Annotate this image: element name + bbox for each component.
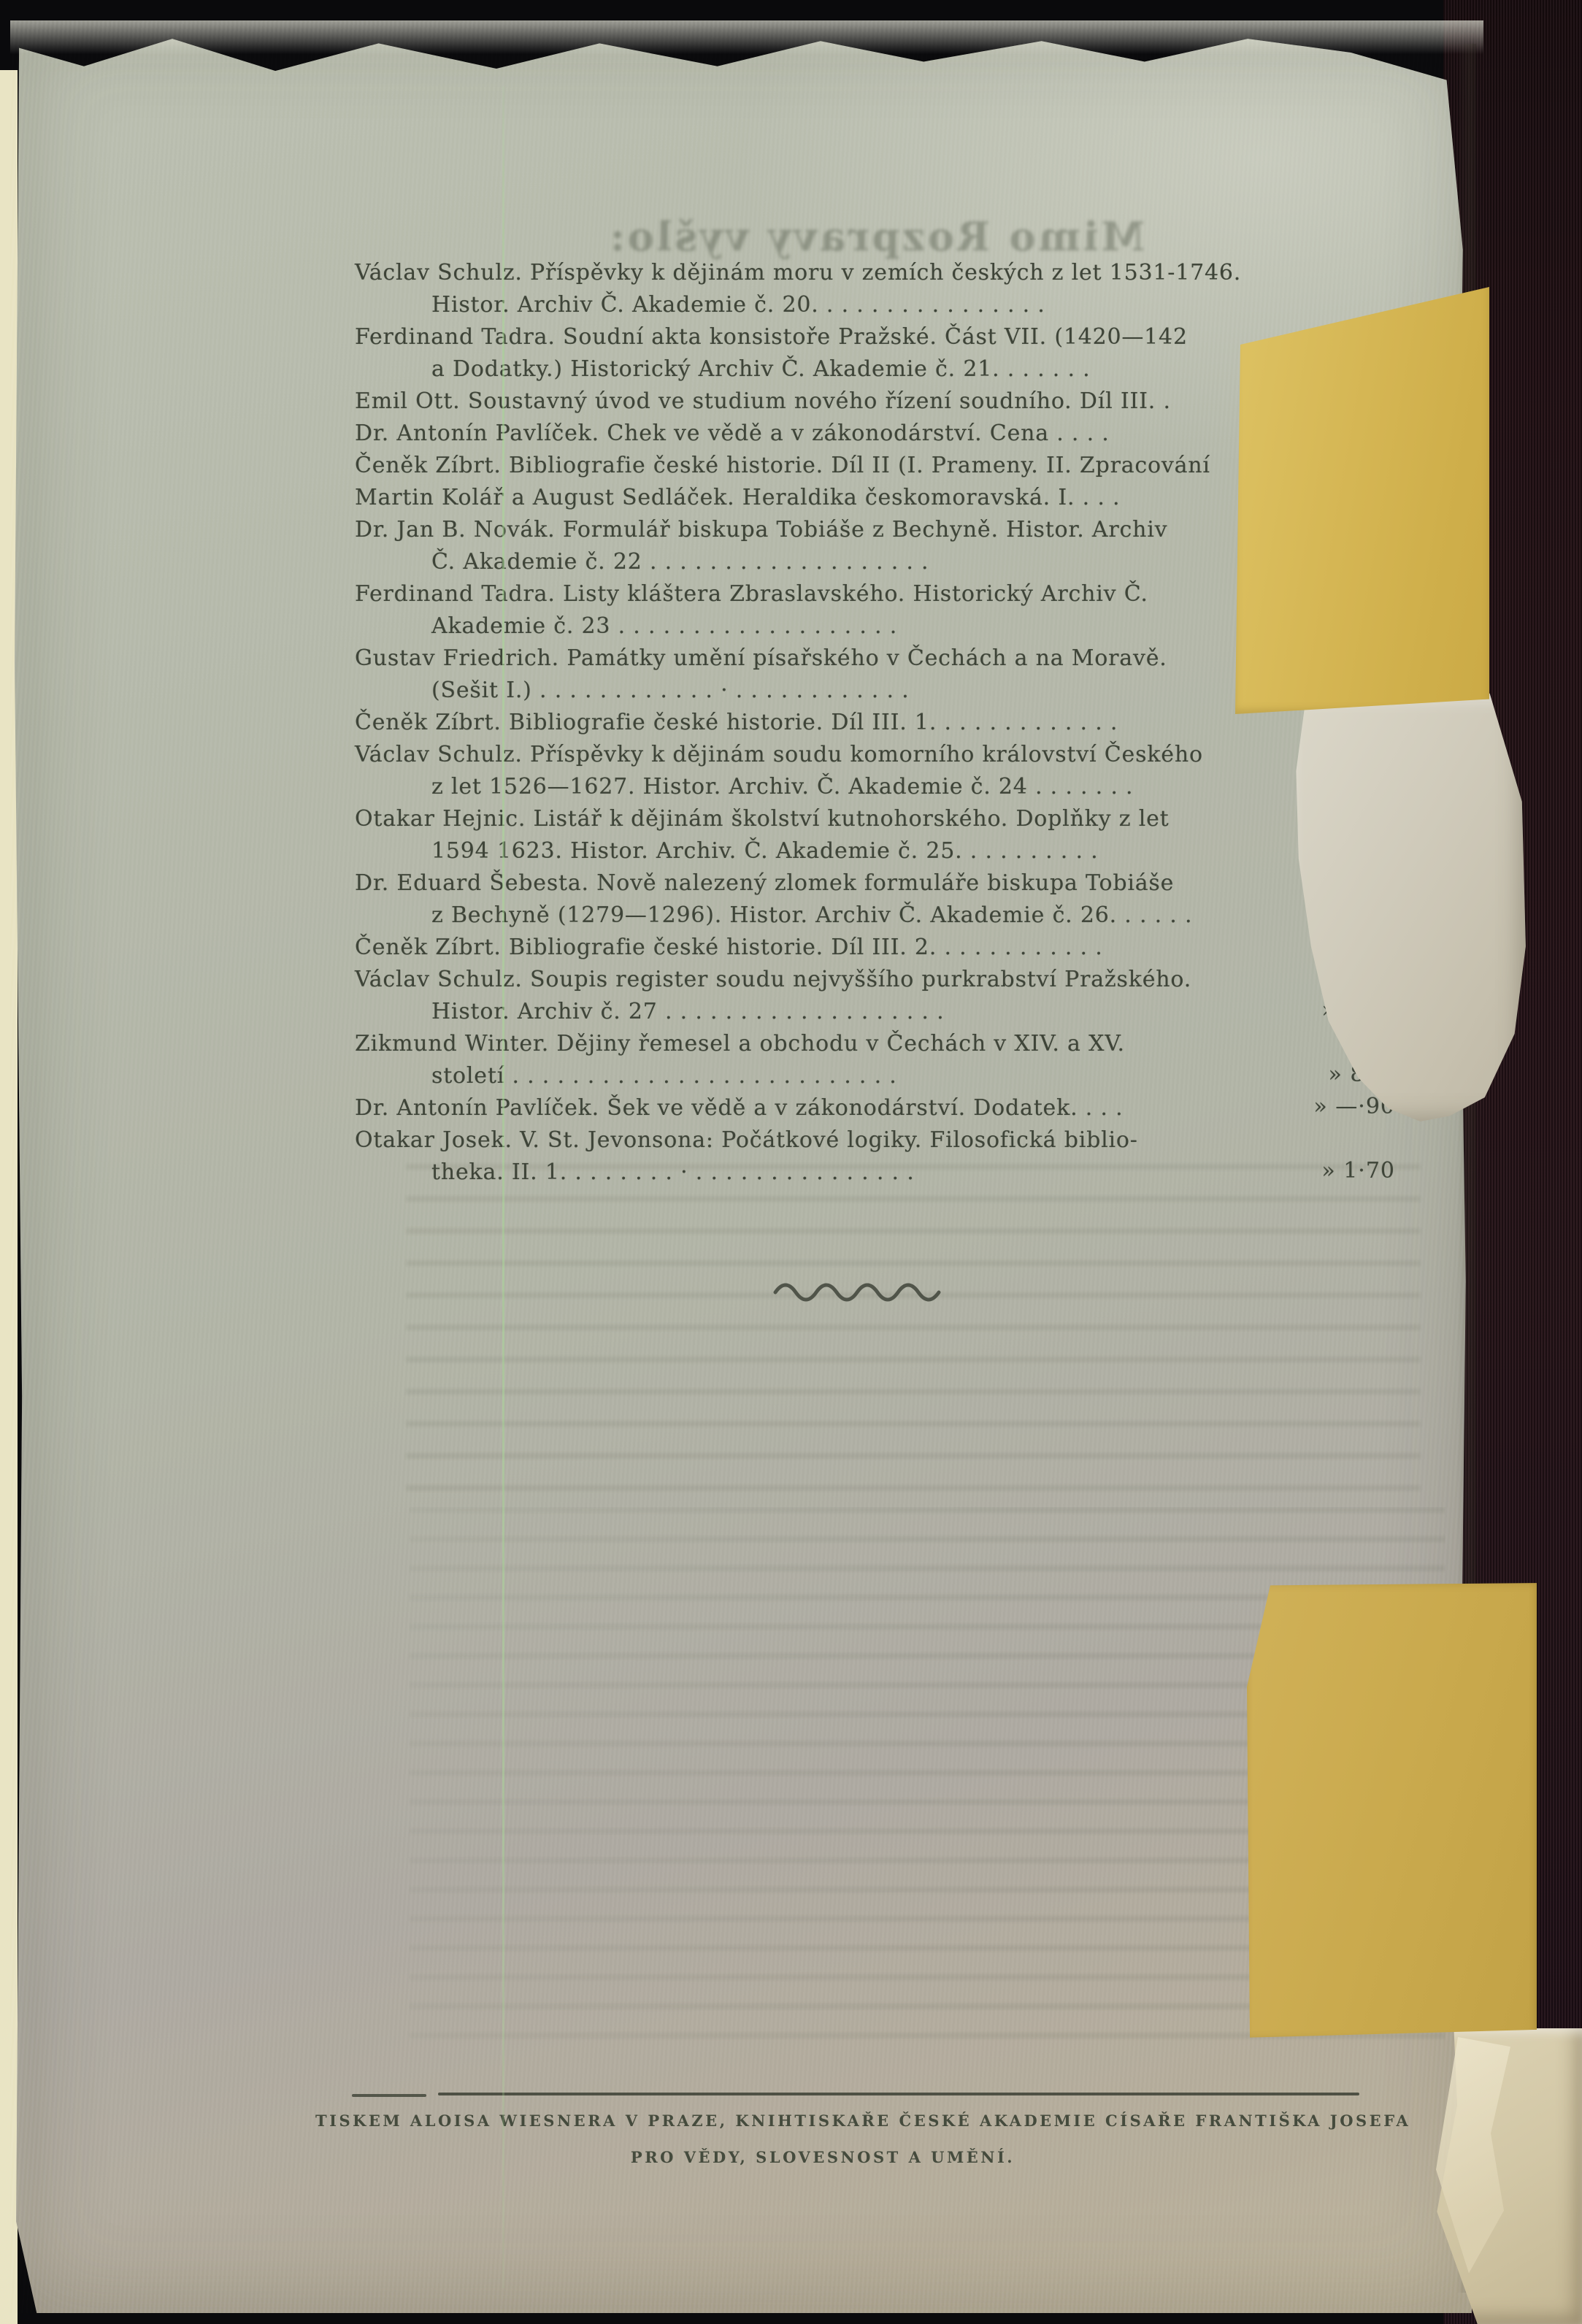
show-through-text-block-upper bbox=[406, 1164, 1421, 1507]
squiggle-divider bbox=[771, 1275, 946, 1307]
entry-line: Ferdinand Tadra. Soudní akta konsistoře … bbox=[355, 321, 1395, 353]
imprint-line-2: PRO VĚDY, SLOVESNOST A UMĚNÍ. bbox=[315, 2148, 1330, 2166]
entry-line: Histor. Archiv Č. Akademie č. 20. . . . … bbox=[431, 289, 1395, 321]
entry-line: Václav Schulz. Soupis register soudu nej… bbox=[355, 964, 1395, 996]
entry-line: Čeněk Zíbrt. Bibliografie české historie… bbox=[355, 932, 1395, 964]
entry: Otakar Hejnic. Listář k dějinám školství… bbox=[355, 803, 1395, 867]
entry: Zikmund Winter. Dějiny řemesel a obchodu… bbox=[355, 1028, 1395, 1092]
torn-top-edge bbox=[10, 20, 1483, 54]
entry-line: z let 1526—1627. Histor. Archiv. Č. Akad… bbox=[431, 771, 1395, 803]
entries-list: Václav Schulz. Příspěvky k dějinám moru … bbox=[355, 257, 1395, 1189]
entry-line: Otakar Josek. V. St. Jevonsona: Počátkov… bbox=[355, 1124, 1395, 1157]
entry-line: Václav Schulz. Příspěvky k dějinám moru … bbox=[355, 257, 1395, 289]
imprint-rule-dash bbox=[352, 2094, 426, 2097]
tape-patch-upper bbox=[1235, 287, 1489, 714]
entry-line: 1594 1623. Histor. Archiv. Č. Akademie č… bbox=[431, 835, 1395, 867]
entry: Václav Schulz. Soupis register soudu nej… bbox=[355, 964, 1395, 1028]
entry: Václav Schulz. Příspěvky k dějinám soudu… bbox=[355, 739, 1395, 803]
entry-line: Dr. Eduard Šebesta. Nově nalezený zlomek… bbox=[355, 867, 1395, 900]
green-scan-line bbox=[502, 86, 504, 2288]
entry-line: Otakar Hejnic. Listář k dějinám školství… bbox=[355, 803, 1395, 835]
imprint-line-1: TISKEM ALOISA WIESNERA V PRAZE, KNIHTISK… bbox=[315, 2112, 1330, 2130]
entry-line: století . . . . . . . . . . . . . . . . … bbox=[431, 1060, 1395, 1092]
book-cover-scan: Mimo Rozpravy vyšlo: Václav Schulz. Přís… bbox=[0, 0, 1582, 2324]
entry: Čeněk Zíbrt. Bibliografie české historie… bbox=[355, 932, 1395, 964]
entry: Václav Schulz. Příspěvky k dějinám moru … bbox=[355, 257, 1395, 321]
entry-line: Histor. Archiv č. 27 . . . . . . . . . .… bbox=[431, 996, 1395, 1028]
entry-line: Zikmund Winter. Dějiny řemesel a obchodu… bbox=[355, 1028, 1395, 1060]
entry-line: Dr. Antonín Pavlíček. Šek ve vědě a v zá… bbox=[355, 1092, 1395, 1124]
entry: Dr. Antonín Pavlíček. Šek ve vědě a v zá… bbox=[355, 1092, 1395, 1124]
entry-line: z Bechyně (1279—1296). Histor. Archiv Č.… bbox=[431, 900, 1395, 932]
entry: Dr. Eduard Šebesta. Nově nalezený zlomek… bbox=[355, 867, 1395, 932]
entry: Emil Ott. Soustavný úvod ve studium nové… bbox=[355, 386, 1395, 418]
entry: Ferdinand Tadra. Soudní akta konsistoře … bbox=[355, 321, 1395, 386]
under-sheet-left-edge bbox=[0, 70, 18, 2324]
entry-line: Václav Schulz. Příspěvky k dějinám soudu… bbox=[355, 739, 1395, 771]
tape-patch-lower bbox=[1245, 1581, 1537, 2042]
imprint-rule bbox=[438, 2093, 1359, 2095]
entry-line: Emil Ott. Soustavný úvod ve studium nové… bbox=[355, 386, 1395, 418]
